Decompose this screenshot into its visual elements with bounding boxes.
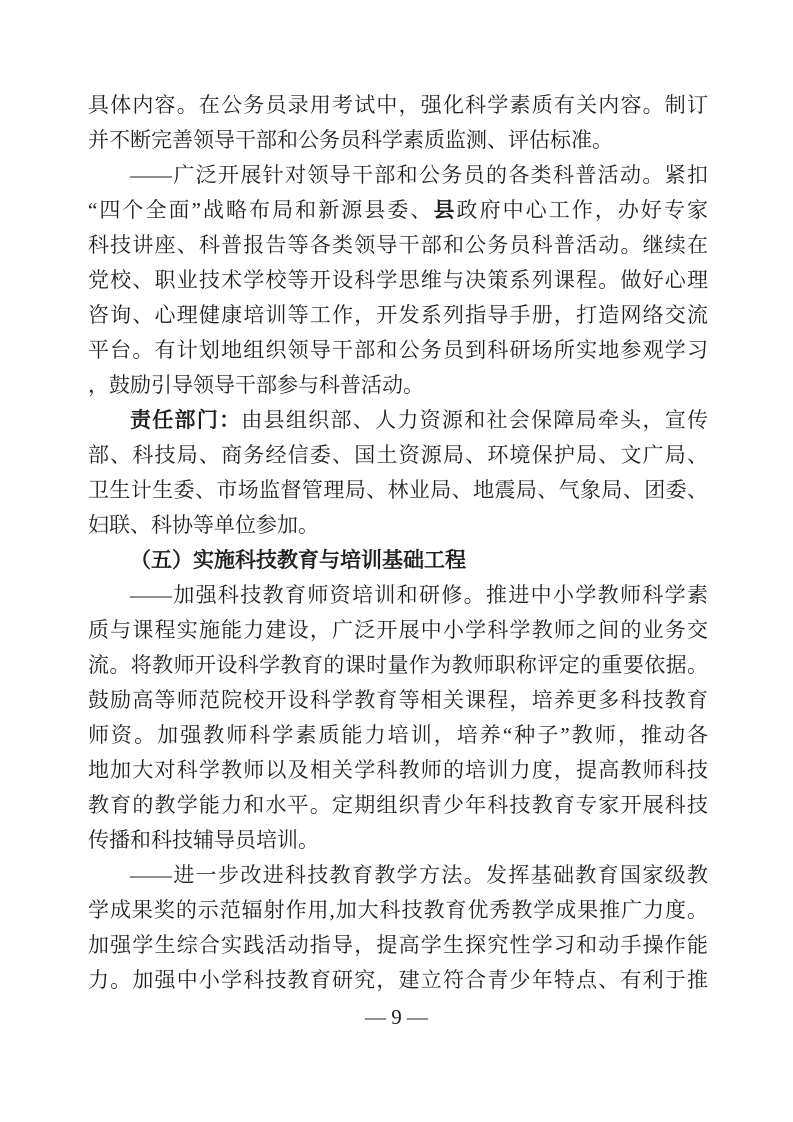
bold-segment: 县 xyxy=(433,198,456,222)
document-body: 具体内容。在公务员录用考试中，强化科学素质有关内容。制订 并不断完善领导干部和公… xyxy=(88,88,708,998)
text-line: ，鼓励引导领导干部参与科普活动。 xyxy=(88,368,708,403)
text-line: 传播和科技辅导员培训。 xyxy=(88,823,708,858)
text-line: 党校、职业技术学校等开设科学思维与决策系列课程。做好心理 xyxy=(88,263,708,298)
page-number: — 9 — xyxy=(365,1005,428,1029)
text-line: “四个全面”战略布局和新源县委、县政府中心工作，办好专家 xyxy=(88,193,708,228)
text-line: 平台。有计划地组织领导干部和公务员到科研场所实地参观学习 xyxy=(88,333,708,368)
text-line: 教育的教学能力和水平。定期组织青少年科技教育专家开展科技 xyxy=(88,788,708,823)
text-line: 咨询、心理健康培训等工作，开发系列指导手册，打造网络交流 xyxy=(88,298,708,333)
section-heading: （五）实施科技教育与培训基础工程 xyxy=(88,543,708,578)
document-page: 具体内容。在公务员录用考试中，强化科学素质有关内容。制订 并不断完善领导干部和公… xyxy=(0,0,793,1122)
text-line: 责任部门：由县组织部、人力资源和社会保障局牵头，宣传 xyxy=(88,403,708,438)
text-line: ——进一步改进科技教育教学方法。发挥基础教育国家级教 xyxy=(88,858,708,893)
text-segment: “四个全面”战略布局和新源县委、 xyxy=(88,198,433,222)
text-line: 加强学生综合实践活动指导，提高学生探究性学习和动手操作能 xyxy=(88,928,708,963)
text-line: 卫生计生委、市场监督管理局、林业局、地震局、气象局、团委、 xyxy=(88,473,708,508)
text-line: 部、科技局、商务经信委、国土资源局、环境保护局、文广局、 xyxy=(88,438,708,473)
text-line: 具体内容。在公务员录用考试中，强化科学素质有关内容。制订 xyxy=(88,88,708,123)
page-footer: — 9 — xyxy=(0,1000,793,1035)
text-segment: 政府中心工作，办好专家 xyxy=(457,198,709,222)
text-line: 学成果奖的示范辐射作用,加大科技教育优秀教学成果推广力度。 xyxy=(88,893,708,928)
text-line: ——加强科技教育师资培训和研修。推进中小学教师科学素 xyxy=(88,578,708,613)
text-line: 妇联、科协等单位参加。 xyxy=(88,508,708,543)
text-line: 并不断完善领导干部和公务员科学素质监测、评估标准。 xyxy=(88,123,708,158)
text-line: 师资。加强教师科学素质能力培训，培养“种子”教师，推动各 xyxy=(88,718,708,753)
text-line: ——广泛开展针对领导干部和公务员的各类科普活动。紧扣 xyxy=(88,158,708,193)
text-line: 科技讲座、科普报告等各类领导干部和公务员科普活动。继续在 xyxy=(88,228,708,263)
text-segment: 由县组织部、人力资源和社会保障局牵头，宣传 xyxy=(241,408,708,432)
responsible-depts-label: 责任部门： xyxy=(130,408,241,432)
text-line: 地加大对科学教师以及相关学科教师的培训力度，提高教师科技 xyxy=(88,753,708,788)
text-line: 流。将教师开设科学教育的课时量作为教师职称评定的重要依据。 xyxy=(88,648,708,683)
text-line: 质与课程实施能力建设，广泛开展中小学科学教师之间的业务交 xyxy=(88,613,708,648)
text-line: 鼓励高等师范院校开设科学教育等相关课程，培养更多科技教育 xyxy=(88,683,708,718)
text-line: 力。加强中小学科技教育研究，建立符合青少年特点、有利于推 xyxy=(88,963,708,998)
